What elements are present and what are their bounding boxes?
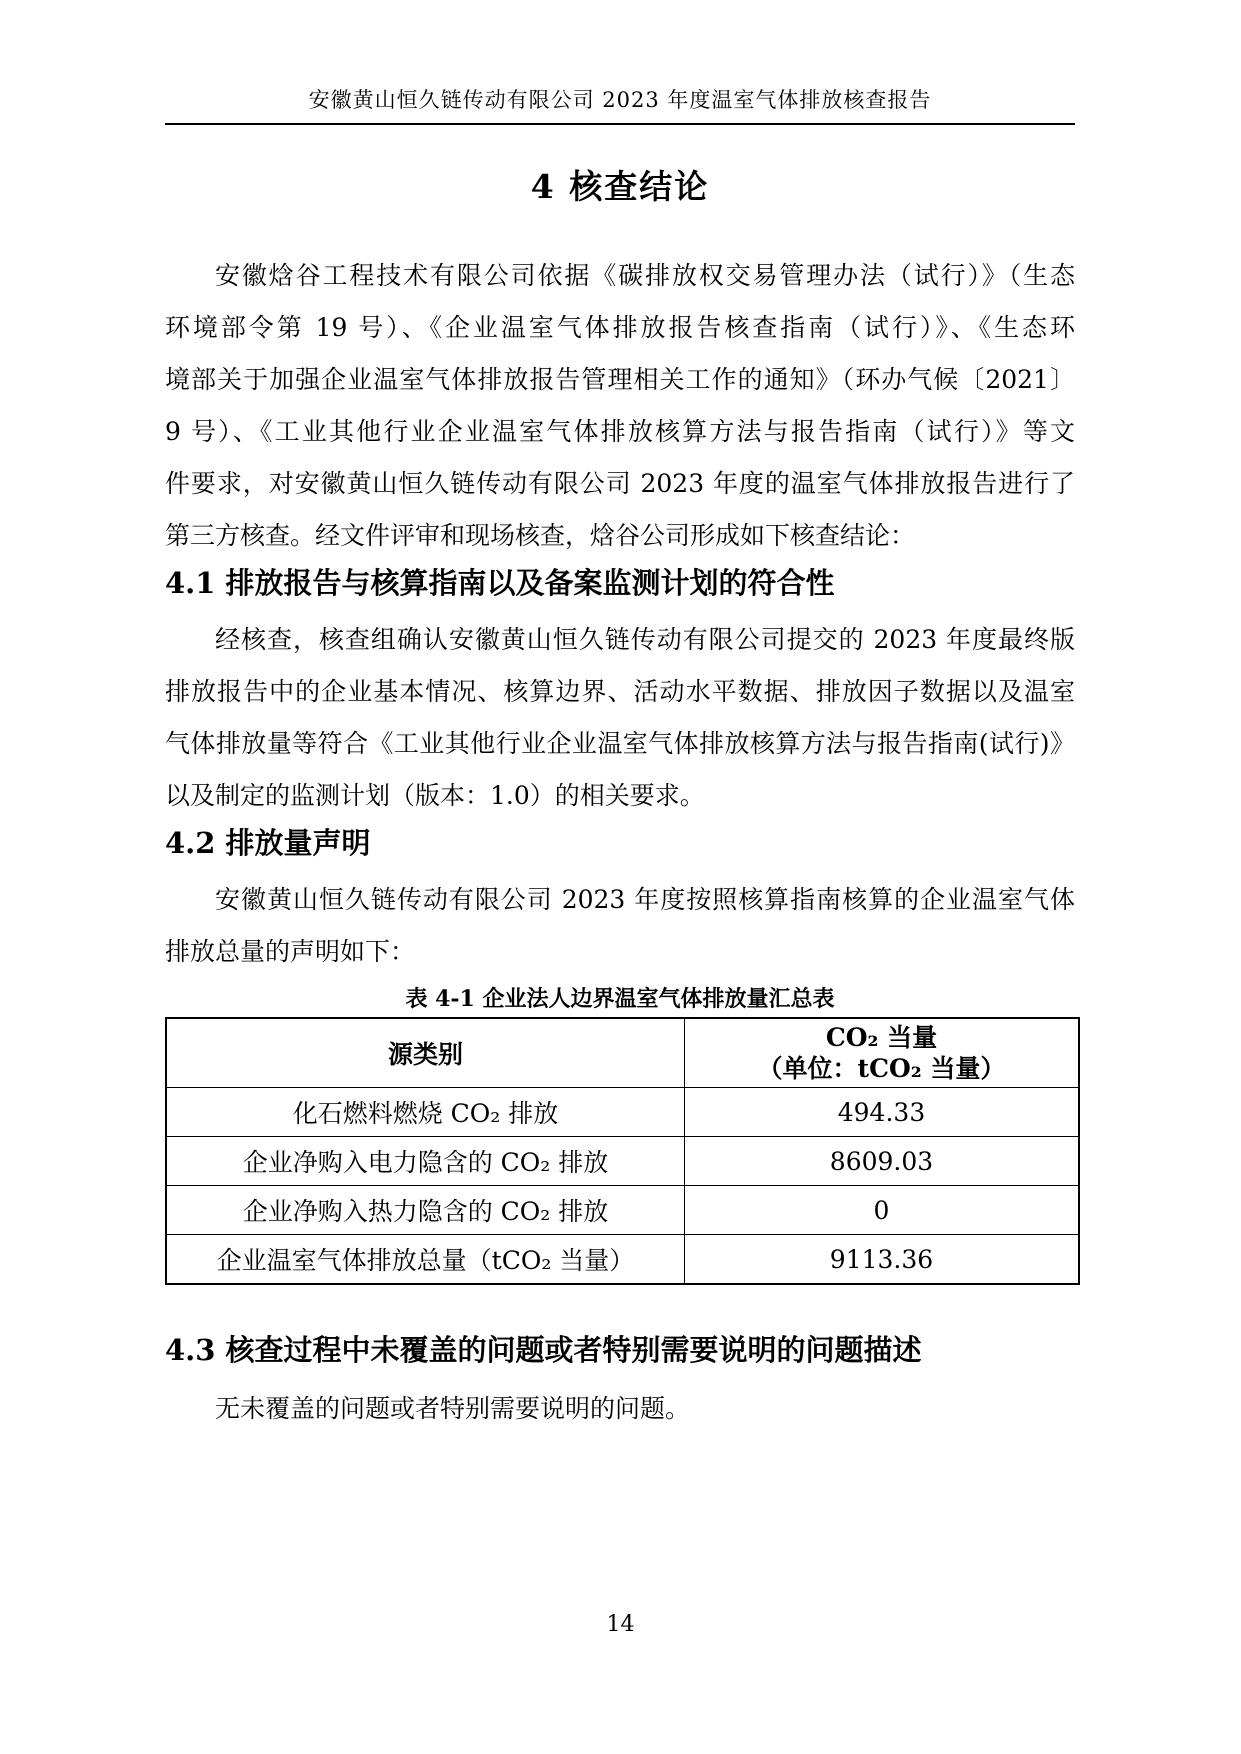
section-4-2-heading: 4.2 排放量声明 [165, 826, 1075, 860]
source-cell: 企业温室气体排放总量（tCO₂ 当量） [166, 1235, 685, 1285]
table-row: 企业温室气体排放总量（tCO₂ 当量） 9113.36 [166, 1235, 1079, 1285]
emissions-summary-table: 源类别 CO₂ 当量 （单位：tCO₂ 当量） 化石燃料燃烧 CO₂ 排放 49… [165, 1017, 1080, 1285]
paragraph-line: 第三方核查。经文件评审和现场核查，焓谷公司形成如下核查结论： [165, 510, 1075, 562]
column-header-co2-equivalent: CO₂ 当量 （单位：tCO₂ 当量） [685, 1018, 1080, 1088]
co2-equivalent-unit: （单位：tCO₂ 当量） [685, 1053, 1078, 1084]
table-row: 化石燃料燃烧 CO₂ 排放 494.33 [166, 1088, 1079, 1137]
paragraph-line: 环境部令第 19 号）、《企业温室气体排放报告核查指南（试行）》、《生态环 [165, 302, 1075, 354]
table-caption: 表 4-1 企业法人边界温室气体排放量汇总表 [165, 982, 1075, 1013]
intro-paragraph: 安徽焓谷工程技术有限公司依据《碳排放权交易管理办法（试行）》（生态 环境部令第 … [165, 250, 1075, 562]
paragraph-line: 9 号）、《工业其他行业企业温室气体排放核算方法与报告指南（试行）》等文 [165, 406, 1075, 458]
paragraph-line: 排放报告中的企业基本情况、核算边界、活动水平数据、排放因子数据以及温室 [165, 666, 1075, 718]
page-header-title: 安徽黄山恒久链传动有限公司 2023 年度温室气体排放核查报告 [309, 88, 932, 112]
table-header-row: 源类别 CO₂ 当量 （单位：tCO₂ 当量） [166, 1018, 1079, 1088]
source-cell: 企业净购入热力隐含的 CO₂ 排放 [166, 1186, 685, 1235]
paragraph-line: 以及制定的监测计划（版本：1.0）的相关要求。 [165, 770, 1075, 822]
source-cell: 化石燃料燃烧 CO₂ 排放 [166, 1088, 685, 1137]
paragraph-line: 气体排放量等符合《工业其他行业企业温室气体排放核算方法与报告指南(试行)》 [165, 718, 1075, 770]
paragraph-line: 安徽黄山恒久链传动有限公司 2023 年度按照核算指南核算的企业温室气体 [165, 874, 1075, 926]
paragraph-line: 境部关于加强企业温室气体排放报告管理相关工作的通知》（环办气候〔2021〕 [165, 354, 1075, 406]
value-cell: 9113.36 [685, 1235, 1080, 1285]
section-4-1-paragraph: 经核查，核查组确认安徽黄山恒久链传动有限公司提交的 2023 年度最终版 排放报… [165, 614, 1075, 822]
page-number: 14 [0, 1612, 1241, 1637]
value-cell: 0 [685, 1186, 1080, 1235]
section-4-3-heading: 4.3 核查过程中未覆盖的问题或者特别需要说明的问题描述 [165, 1333, 1075, 1367]
section-4-3-paragraph: 无未覆盖的问题或者特别需要说明的问题。 [165, 1383, 1075, 1435]
report-page: 安徽黄山恒久链传动有限公司 2023 年度温室气体排放核查报告 4 核查结论 安… [0, 0, 1241, 1754]
co2-equivalent-label: CO₂ 当量 [685, 1022, 1078, 1053]
page-header: 安徽黄山恒久链传动有限公司 2023 年度温室气体排放核查报告 [165, 0, 1075, 125]
paragraph-line: 排放总量的声明如下： [165, 926, 1075, 978]
paragraph-line: 安徽焓谷工程技术有限公司依据《碳排放权交易管理办法（试行）》（生态 [165, 250, 1075, 302]
paragraph-line: 无未覆盖的问题或者特别需要说明的问题。 [165, 1383, 1075, 1435]
section-4-2-paragraph: 安徽黄山恒久链传动有限公司 2023 年度按照核算指南核算的企业温室气体 排放总… [165, 874, 1075, 978]
value-cell: 8609.03 [685, 1137, 1080, 1186]
value-cell: 494.33 [685, 1088, 1080, 1137]
source-cell: 企业净购入电力隐含的 CO₂ 排放 [166, 1137, 685, 1186]
column-header-source: 源类别 [166, 1018, 685, 1088]
chapter-title: 4 核查结论 [165, 161, 1075, 208]
table-row: 企业净购入电力隐含的 CO₂ 排放 8609.03 [166, 1137, 1079, 1186]
section-4-1-heading: 4.1 排放报告与核算指南以及备案监测计划的符合性 [165, 566, 1075, 600]
paragraph-line: 件要求，对安徽黄山恒久链传动有限公司 2023 年度的温室气体排放报告进行了 [165, 458, 1075, 510]
paragraph-line: 经核查，核查组确认安徽黄山恒久链传动有限公司提交的 2023 年度最终版 [165, 614, 1075, 666]
table-row: 企业净购入热力隐含的 CO₂ 排放 0 [166, 1186, 1079, 1235]
